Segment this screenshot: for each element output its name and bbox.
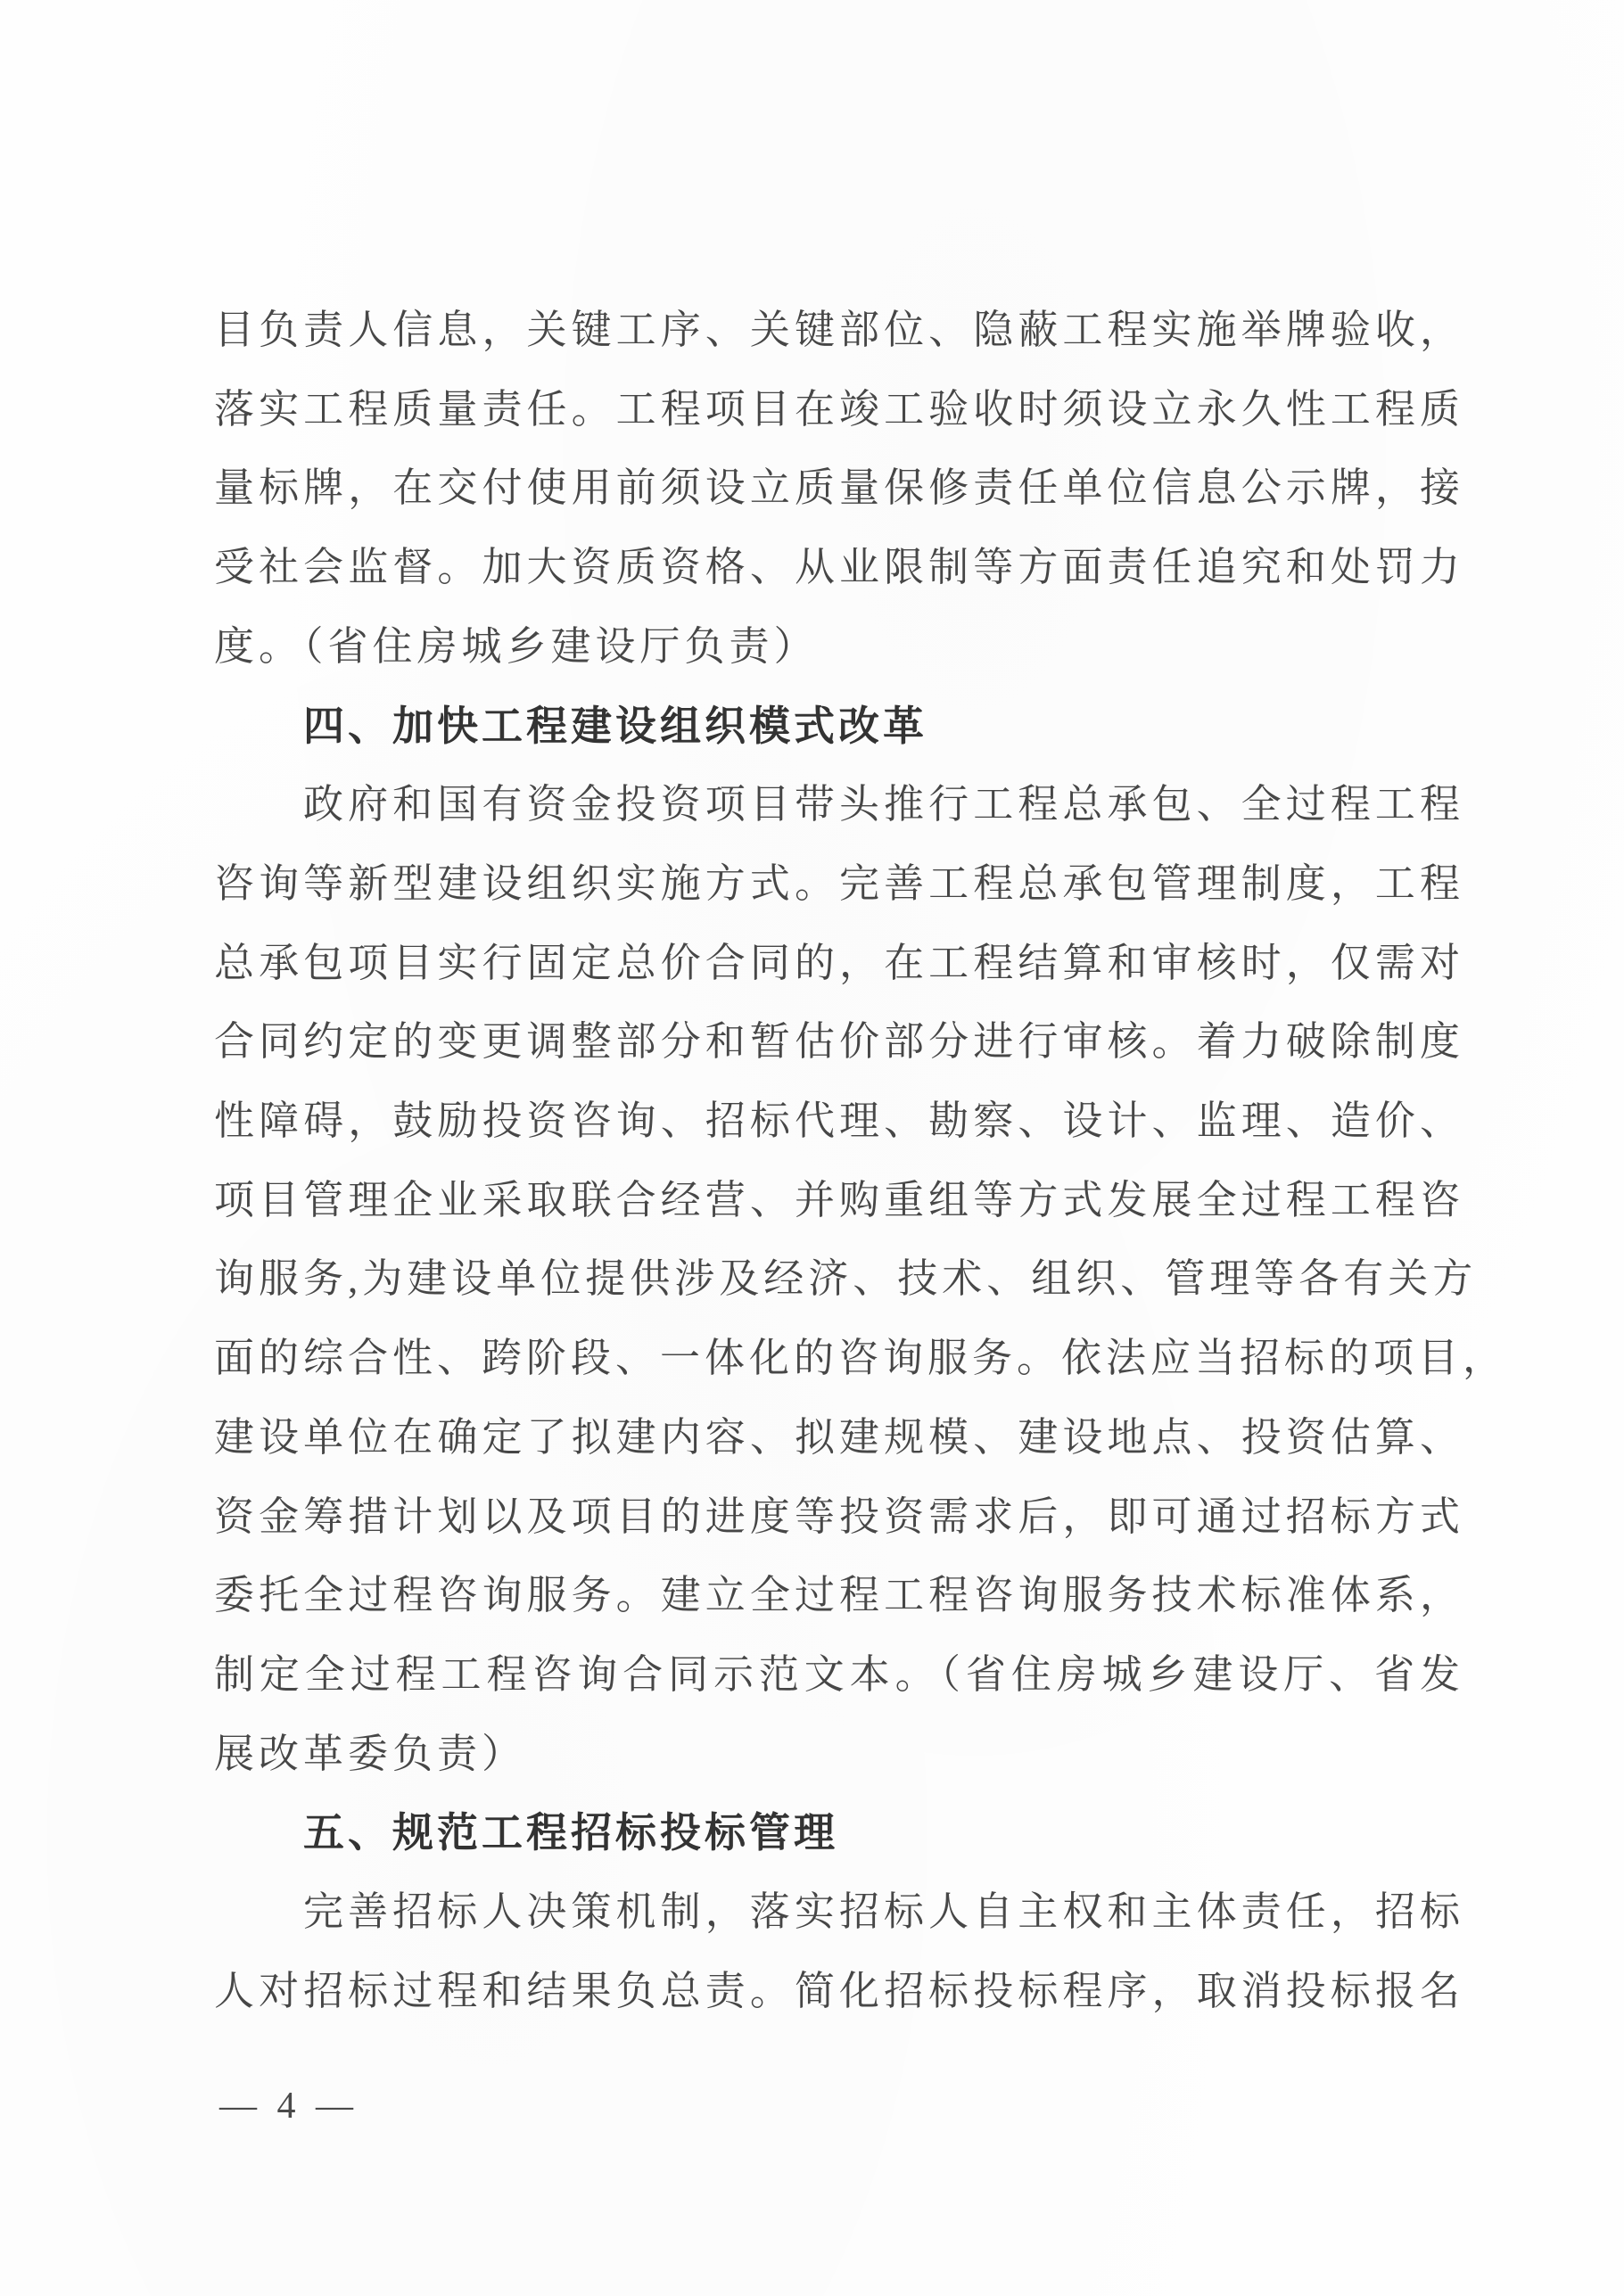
paragraph-line: 咨询等新型建设组织实施方式。完善工程总承包管理制度，工程 — [214, 844, 1464, 924]
paragraph-line: 委托全过程咨询服务。建立全过程工程咨询服务技术标准体系， — [214, 1556, 1464, 1635]
section-heading-4: 四、加快工程建设组织模式改革 — [214, 687, 1464, 766]
paragraph-line: 制定全过程工程咨询合同示范文本。（省住房城乡建设厅、省发 — [214, 1635, 1464, 1715]
paragraph-line: 目负责人信息，关键工序、关键部位、隐蔽工程实施举牌验收， — [214, 291, 1464, 370]
paragraph-line: 受社会监督。加大资质资格、从业限制等方面责任追究和处罚力 — [214, 528, 1464, 607]
paragraph-line: 性障碍，鼓励投资咨询、招标代理、勘察、设计、监理、造价、 — [214, 1082, 1464, 1161]
paragraph-line: 资金筹措计划以及项目的进度等投资需求后，即可通过招标方式 — [214, 1477, 1464, 1557]
section-heading-5: 五、规范工程招标投标管理 — [214, 1793, 1464, 1872]
paragraph-line: 展改革委负责） — [214, 1715, 1464, 1794]
paragraph-line: 总承包项目实行固定总价合同的，在工程结算和审核时，仅需对 — [214, 924, 1464, 1003]
page-number: — 4 — — [219, 2086, 359, 2127]
document-page: 目负责人信息，关键工序、关键部位、隐蔽工程实施举牌验收， 落实工程质量责任。工程… — [0, 0, 1624, 2296]
paragraph-line: 项目管理企业采取联合经营、并购重组等方式发展全过程工程咨 — [214, 1161, 1464, 1240]
paragraph-line: 量标牌，在交付使用前须设立质量保修责任单位信息公示牌，接 — [214, 449, 1464, 528]
paragraph-line: 政府和国有资金投资项目带头推行工程总承包、全过程工程 — [214, 765, 1464, 844]
paragraph-line: 度。（省住房城乡建设厅负责） — [214, 607, 1464, 687]
paragraph-line: 人对招标过程和结果负总责。简化招标投标程序，取消投标报名 — [214, 1952, 1464, 2031]
paragraph-line: 面的综合性、跨阶段、一体化的咨询服务。依法应当招标的项目， — [214, 1319, 1464, 1398]
document-body: 目负责人信息，关键工序、关键部位、隐蔽工程实施举牌验收， 落实工程质量责任。工程… — [214, 291, 1464, 2030]
paragraph-line: 询服务,为建设单位提供涉及经济、技术、组织、管理等各有关方 — [214, 1239, 1464, 1319]
paragraph-line: 落实工程质量责任。工程项目在竣工验收时须设立永久性工程质 — [214, 370, 1464, 449]
page-footer: — 4 — — [219, 2085, 359, 2127]
paragraph-line: 完善招标人决策机制，落实招标人自主权和主体责任，招标 — [214, 1872, 1464, 1952]
paragraph-line: 合同约定的变更调整部分和暂估价部分进行审核。着力破除制度 — [214, 1002, 1464, 1082]
paragraph-line: 建设单位在确定了拟建内容、拟建规模、建设地点、投资估算、 — [214, 1398, 1464, 1477]
